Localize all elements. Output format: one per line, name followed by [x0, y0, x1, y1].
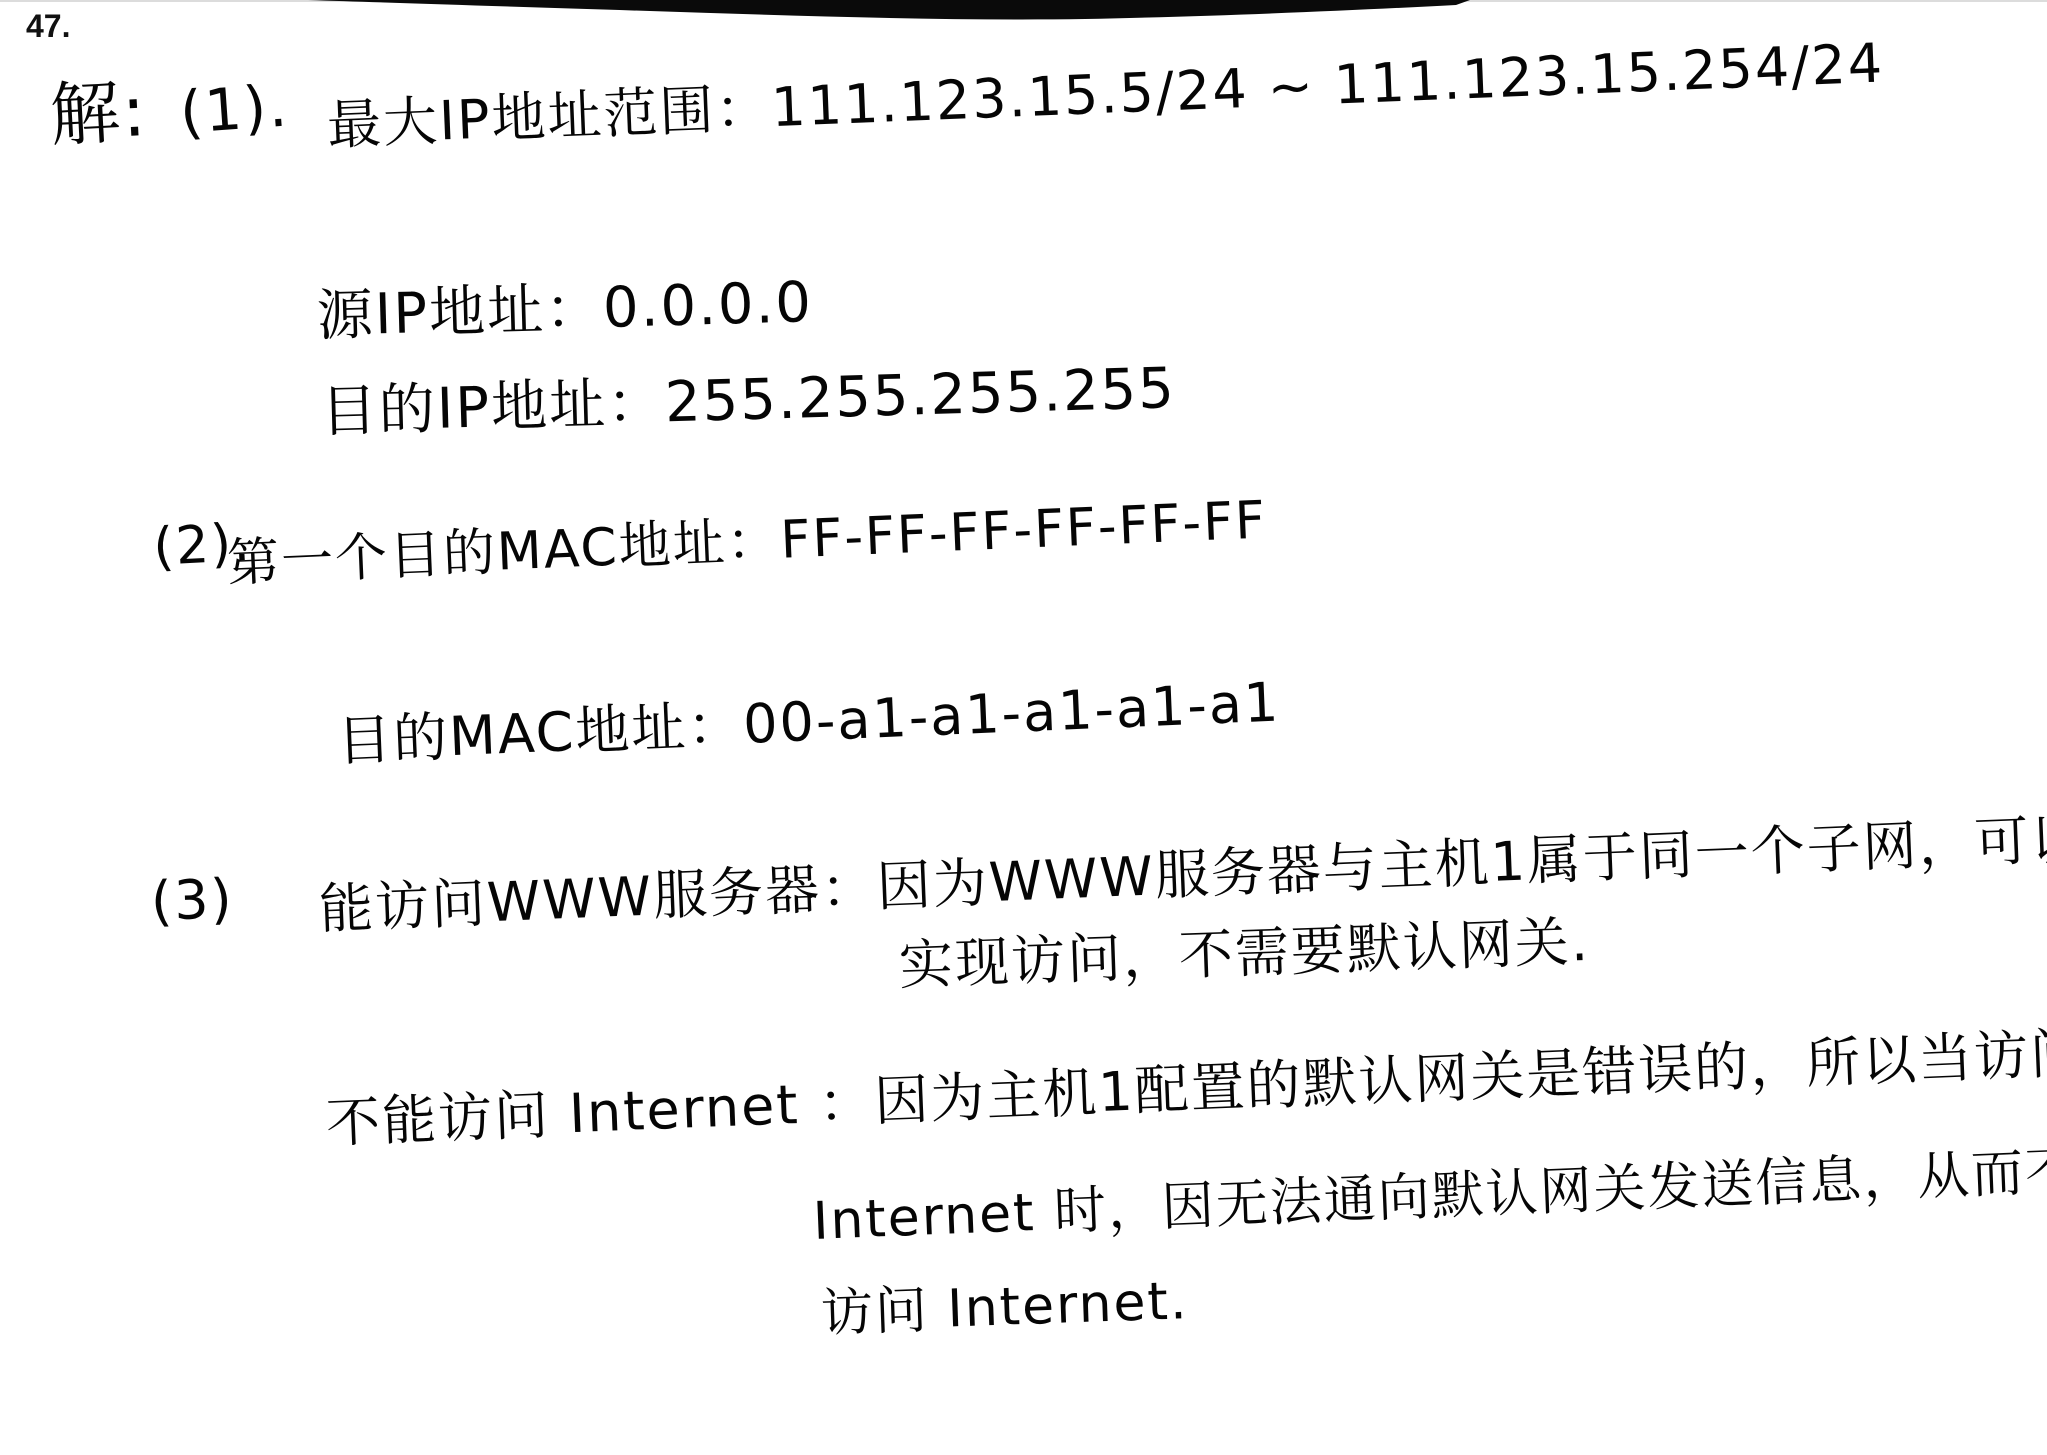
- line-www-access-reason-1: 能访问WWW服务器：因为WWW服务器与主机1属于同一个子网，可以: [318, 809, 2047, 939]
- line-source-ip: 源IP地址：0.0.0.0: [316, 272, 814, 347]
- line-internet-access-reason-1: 不能访问 Internet ：因为主机1配置的默认网关是错误的，所以当访问: [325, 1023, 2047, 1153]
- solution-prefix: 解:: [48, 73, 149, 155]
- line-destination-mac: 目的MAC地址：00-a1-a1-a1-a1-a1: [336, 672, 1281, 771]
- line-internet-access-reason-2: Internet 时，因无法通向默认网关发送信息，从而不能: [812, 1141, 2047, 1251]
- scanned-page: 47. 解: (1). 最大IP地址范围：111.123.15.5/24 ~ 1…: [0, 0, 2047, 1455]
- line-max-ip-range: 最大IP地址范围：111.123.15.5/24 ~ 111.123.15.25…: [326, 33, 1885, 155]
- line-destination-ip: 目的IP地址：255.255.255.255: [320, 358, 1177, 443]
- scan-streak-artifact: [0, 0, 2047, 32]
- question-number: 47.: [26, 8, 70, 45]
- part1-label: (1).: [178, 74, 291, 145]
- line-internet-access-reason-3: 访问 Internet.: [820, 1273, 1189, 1343]
- line-first-destination-mac: 第一个目的MAC地址：FF-FF-FF-FF-FF-FF: [226, 492, 1268, 593]
- part3-label: (3): [150, 869, 235, 931]
- line-www-access-reason-2: 实现访问，不需要默认网关.: [898, 912, 1591, 995]
